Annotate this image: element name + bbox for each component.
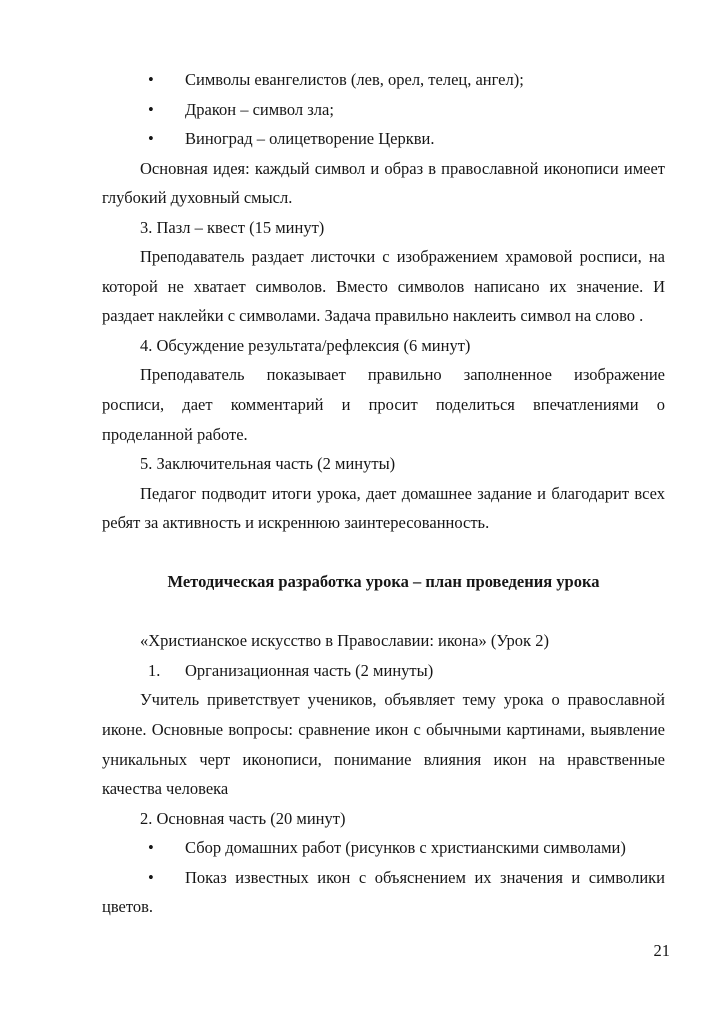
text-block: •Символы евангелистов (лев, орел, телец,… (102, 65, 665, 922)
bullet-item: •Символы евангелистов (лев, орел, телец,… (102, 65, 665, 95)
blank-line (102, 538, 665, 568)
section-item-heading: 4. Обсуждение результата/рефлексия (6 ми… (102, 331, 665, 361)
paragraph-line: Основная идея: каждый символ и образ в п… (102, 154, 665, 184)
page-number: 21 (654, 941, 671, 960)
bullet-item: •Показ известных икон с объяснением их з… (102, 863, 665, 893)
paragraph-line: раздает наклейки с символами. Задача пра… (102, 301, 665, 331)
list-number: 1. (148, 656, 185, 686)
paragraph-line: Учитель приветствует учеников, объявляет… (102, 685, 665, 715)
bullet-item-text: Виноград – олицетворение Церкви. (185, 129, 434, 148)
paragraph-line: глубокий духовный смысл. (102, 183, 665, 213)
paragraph-line: Преподаватель раздает листочки с изображ… (102, 242, 665, 272)
section-item-heading: 2. Основная часть (20 минут) (102, 804, 665, 834)
bullet-icon: • (148, 95, 185, 125)
document-page: •Символы евангелистов (лев, орел, телец,… (0, 0, 724, 1024)
bullet-item-text: Символы евангелистов (лев, орел, телец, … (185, 70, 524, 89)
paragraph-line: качества человека (102, 774, 665, 804)
bullet-item-text: Показ известных икон с объяснением их зн… (185, 868, 665, 887)
section-heading: Методическая разработка урока – план про… (102, 567, 665, 597)
paragraph-line: росписи, дает комментарий и просит подел… (102, 390, 665, 420)
section-item-heading: 5. Заключительная часть (2 минуты) (102, 449, 665, 479)
bullet-icon: • (148, 833, 185, 863)
lesson-title: «Христианское искусство в Православии: и… (102, 626, 665, 656)
paragraph-line: уникальных черт иконописи, понимание вли… (102, 745, 665, 775)
bullet-icon: • (148, 65, 185, 95)
section-item-heading: 3. Пазл – квест (15 минут) (102, 213, 665, 243)
bullet-icon: • (148, 863, 185, 893)
paragraph-line: иконе. Основные вопросы: сравнение икон … (102, 715, 665, 745)
numbered-item: 1.Организационная часть (2 минуты) (102, 656, 665, 686)
paragraph-line: проделанной работе. (102, 420, 665, 450)
paragraph-line: Педагог подводит итоги урока, дает домаш… (102, 479, 665, 509)
bullet-item-text: Дракон – символ зла; (185, 100, 334, 119)
bullet-item: •Сбор домашних работ (рисунков с христиа… (102, 833, 665, 863)
bullet-icon: • (148, 124, 185, 154)
paragraph-line: ребят за активность и искреннюю заинтере… (102, 508, 665, 538)
blank-line (102, 597, 665, 627)
paragraph-line: цветов. (102, 892, 665, 922)
bullet-item-text: Сбор домашних работ (рисунков с христиан… (185, 838, 626, 857)
bullet-item: •Дракон – символ зла; (102, 95, 665, 125)
paragraph-line: которой не хватает символов. Вместо симв… (102, 272, 665, 302)
paragraph-line: Преподаватель показывает правильно запол… (102, 360, 665, 390)
bullet-item: •Виноград – олицетворение Церкви. (102, 124, 665, 154)
numbered-item-text: Организационная часть (2 минуты) (185, 661, 433, 680)
